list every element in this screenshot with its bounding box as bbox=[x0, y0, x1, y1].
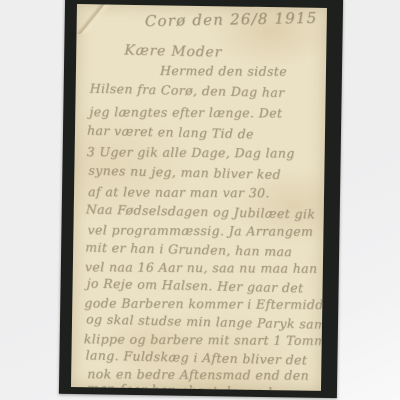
letter-line: synes nu jeg, man bliver ked bbox=[88, 163, 281, 182]
letter-line: 3 Uger gik alle Dage, Dag lang bbox=[87, 144, 295, 160]
postcard-paper: Corø den 26/8 1915 Kære Moder Hermed den… bbox=[71, 4, 327, 391]
letter-line: vel naa 16 Aar nu, saa nu maa han bbox=[85, 259, 318, 276]
photo-background: Corø den 26/8 1915 Kære Moder Hermed den… bbox=[0, 0, 400, 400]
letter-line: jeg længtes efter længe. Det bbox=[89, 104, 282, 120]
letter-line: og skal studse min lange Paryk samt bbox=[86, 311, 327, 332]
letter-line: jo Reje om Halsen. Her gaar det bbox=[86, 275, 303, 295]
handwritten-letter: Corø den 26/8 1915 Kære Moder Hermed den… bbox=[71, 4, 327, 391]
letter-line: lang. Fuldskæg i Aften bliver det bbox=[85, 347, 307, 367]
letter-line: gode Barberen kommer i Eftermiddag bbox=[84, 295, 327, 312]
letter-line: mit er han i Grunden, han maa bbox=[85, 239, 292, 259]
letter-date: Corø den 26/8 1915 bbox=[145, 9, 318, 30]
letter-line: af at leve naar man var 30. bbox=[88, 184, 270, 200]
letter-salutation: Kære Moder bbox=[124, 42, 222, 60]
postcard: Corø den 26/8 1915 Kære Moder Hermed den… bbox=[59, 0, 343, 398]
letter-line: klippe og barbere mit snart 1 Tomme bbox=[84, 331, 327, 348]
letter-line: Naa Fødselsdagen og Jubilæet gik bbox=[86, 201, 316, 221]
letter-line: har været en lang Tid de bbox=[87, 123, 254, 142]
letter-line: Hilsen fra Corø, den Dag har bbox=[90, 81, 285, 100]
letter-line: vel programmæssig. Ja Arrangem bbox=[87, 222, 313, 239]
letter-line: Hermed den sidste bbox=[160, 63, 287, 79]
